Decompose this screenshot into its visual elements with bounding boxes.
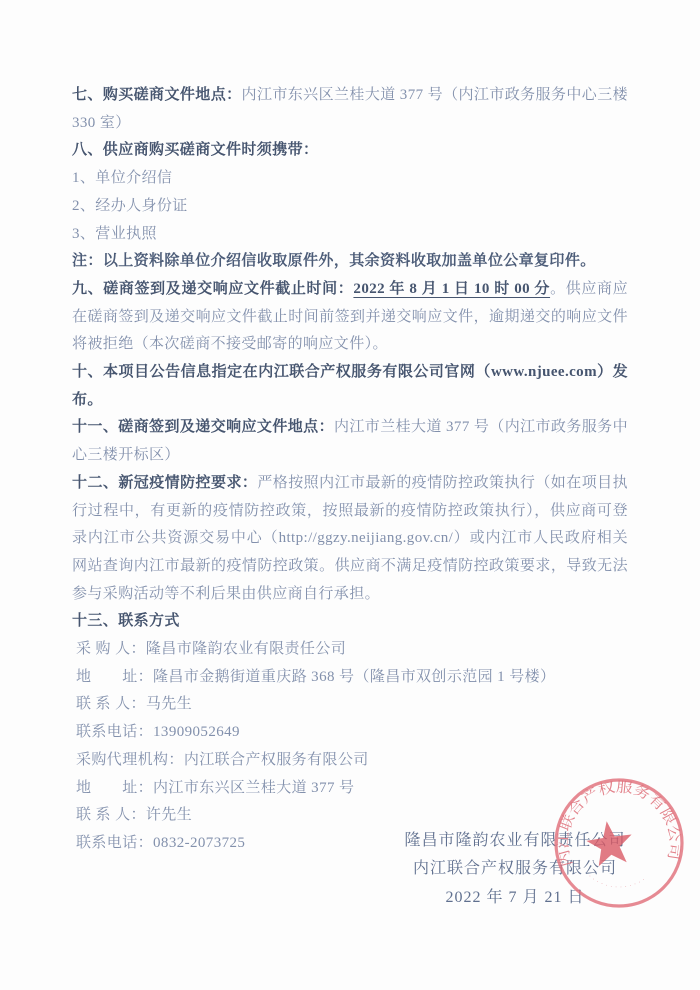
paragraph-11: 十一、磋商签到及递交响应文件地点：内江市兰桂大道 377 号（内江市政务服务中心… bbox=[72, 414, 628, 469]
contact-label: 联系电话： bbox=[76, 835, 153, 851]
contact-row-purchaser-address: 地 址：隆昌市金鹅街道重庆路 368 号（隆昌市双创示范园 1 号楼） bbox=[72, 664, 628, 692]
list-item-2-text: 2、经办人身份证 bbox=[72, 198, 188, 214]
contact-label: 地 址： bbox=[76, 669, 153, 685]
company-seal: 内江联合产权服务有限公司 ············· bbox=[546, 770, 692, 916]
contact-row-agency: 采购代理机构：内江联合产权服务有限公司 bbox=[72, 747, 628, 775]
list-item-3: 3、营业执照 bbox=[72, 221, 628, 249]
contact-value: 0832-2073725 bbox=[153, 835, 245, 851]
paragraph-7: 七、购买磋商文件地点：内江市东兴区兰桂大道 377 号（内江市政务服务中心三楼 … bbox=[72, 82, 628, 137]
contact-value: 内江市东兴区兰桂大道 377 号 bbox=[153, 780, 354, 796]
contact-label: 联 系 人： bbox=[76, 807, 146, 823]
contact-label: 联系电话： bbox=[76, 724, 153, 740]
note-text: 以上资料除单位介绍信收取原件外，其余资料收取加盖单位公章复印件。 bbox=[103, 253, 596, 269]
section-11-heading: 十一、磋商签到及递交响应文件地点： bbox=[72, 419, 334, 435]
note-label: 注： bbox=[72, 253, 103, 269]
paragraph-13: 十三、联系方式 bbox=[72, 608, 628, 636]
contact-value: 许先生 bbox=[146, 807, 192, 823]
contact-value: 13909052649 bbox=[153, 724, 240, 740]
contact-value: 隆昌市金鹅街道重庆路 368 号（隆昌市双创示范园 1 号楼） bbox=[153, 669, 555, 685]
contact-row-purchaser-phone: 联系电话：13909052649 bbox=[72, 719, 628, 747]
section-10-heading: 十、本项目公告信息指定在内江联合产权服务有限公司官网（www.njuee.com… bbox=[72, 364, 628, 408]
document-page: 七、购买磋商文件地点：内江市东兴区兰桂大道 377 号（内江市政务服务中心三楼 … bbox=[0, 0, 700, 990]
section-12-heading: 十二、新冠疫情防控要求： bbox=[72, 475, 257, 491]
contact-row-agency-address: 地 址：内江市东兴区兰桂大道 377 号 bbox=[72, 775, 628, 803]
section-12-text: 严格按照内江市最新的疫情防控政策执行（如在项目执行过程中，有更新的疫情防控政策，… bbox=[72, 475, 628, 602]
contact-value: 马先生 bbox=[146, 696, 192, 712]
list-item-1-text: 1、单位介绍信 bbox=[72, 170, 172, 186]
seal-star-icon bbox=[584, 818, 635, 867]
contact-value: 内江联合产权服务有限公司 bbox=[184, 752, 369, 768]
contact-label: 采购代理机构： bbox=[76, 752, 184, 768]
contact-row-agency-person: 联 系 人：许先生 bbox=[72, 802, 628, 830]
section-7-heading: 七、购买磋商文件地点： bbox=[72, 87, 242, 103]
seal-code-marks: ············· bbox=[587, 874, 650, 891]
paragraph-8: 八、供应商购买磋商文件时须携带： bbox=[72, 137, 628, 165]
contact-row-purchaser: 采 购 人：隆昌市隆韵农业有限责任公司 bbox=[72, 636, 628, 664]
list-item-1: 1、单位介绍信 bbox=[72, 165, 628, 193]
note-line: 注：以上资料除单位介绍信收取原件外，其余资料收取加盖单位公章复印件。 bbox=[72, 248, 628, 276]
contact-label: 采 购 人： bbox=[76, 641, 146, 657]
paragraph-12: 十二、新冠疫情防控要求：严格按照内江市最新的疫情防控政策执行（如在项目执行过程中… bbox=[72, 470, 628, 609]
contact-value: 隆昌市隆韵农业有限责任公司 bbox=[146, 641, 346, 657]
contact-row-purchaser-person: 联 系 人：马先生 bbox=[72, 691, 628, 719]
paragraph-9: 九、磋商签到及递交响应文件截止时间：2022 年 8 月 1 日 10 时 00… bbox=[72, 276, 628, 359]
section-13-heading: 十三、联系方式 bbox=[72, 613, 180, 629]
deadline-value: 2022 年 8 月 1 日 10 时 00 分 bbox=[353, 281, 550, 297]
contact-list: 采 购 人：隆昌市隆韵农业有限责任公司 地 址：隆昌市金鹅街道重庆路 368 号… bbox=[72, 636, 628, 858]
paragraph-10: 十、本项目公告信息指定在内江联合产权服务有限公司官网（www.njuee.com… bbox=[72, 359, 628, 414]
document-body: 七、购买磋商文件地点：内江市东兴区兰桂大道 377 号（内江市政务服务中心三楼 … bbox=[72, 82, 628, 858]
section-9-heading: 九、磋商签到及递交响应文件截止时间： bbox=[72, 281, 353, 297]
list-item-3-text: 3、营业执照 bbox=[72, 226, 157, 242]
contact-label: 联 系 人： bbox=[76, 696, 146, 712]
contact-label: 地 址： bbox=[76, 780, 153, 796]
section-8-heading: 八、供应商购买磋商文件时须携带： bbox=[72, 142, 318, 158]
list-item-2: 2、经办人身份证 bbox=[72, 193, 628, 221]
